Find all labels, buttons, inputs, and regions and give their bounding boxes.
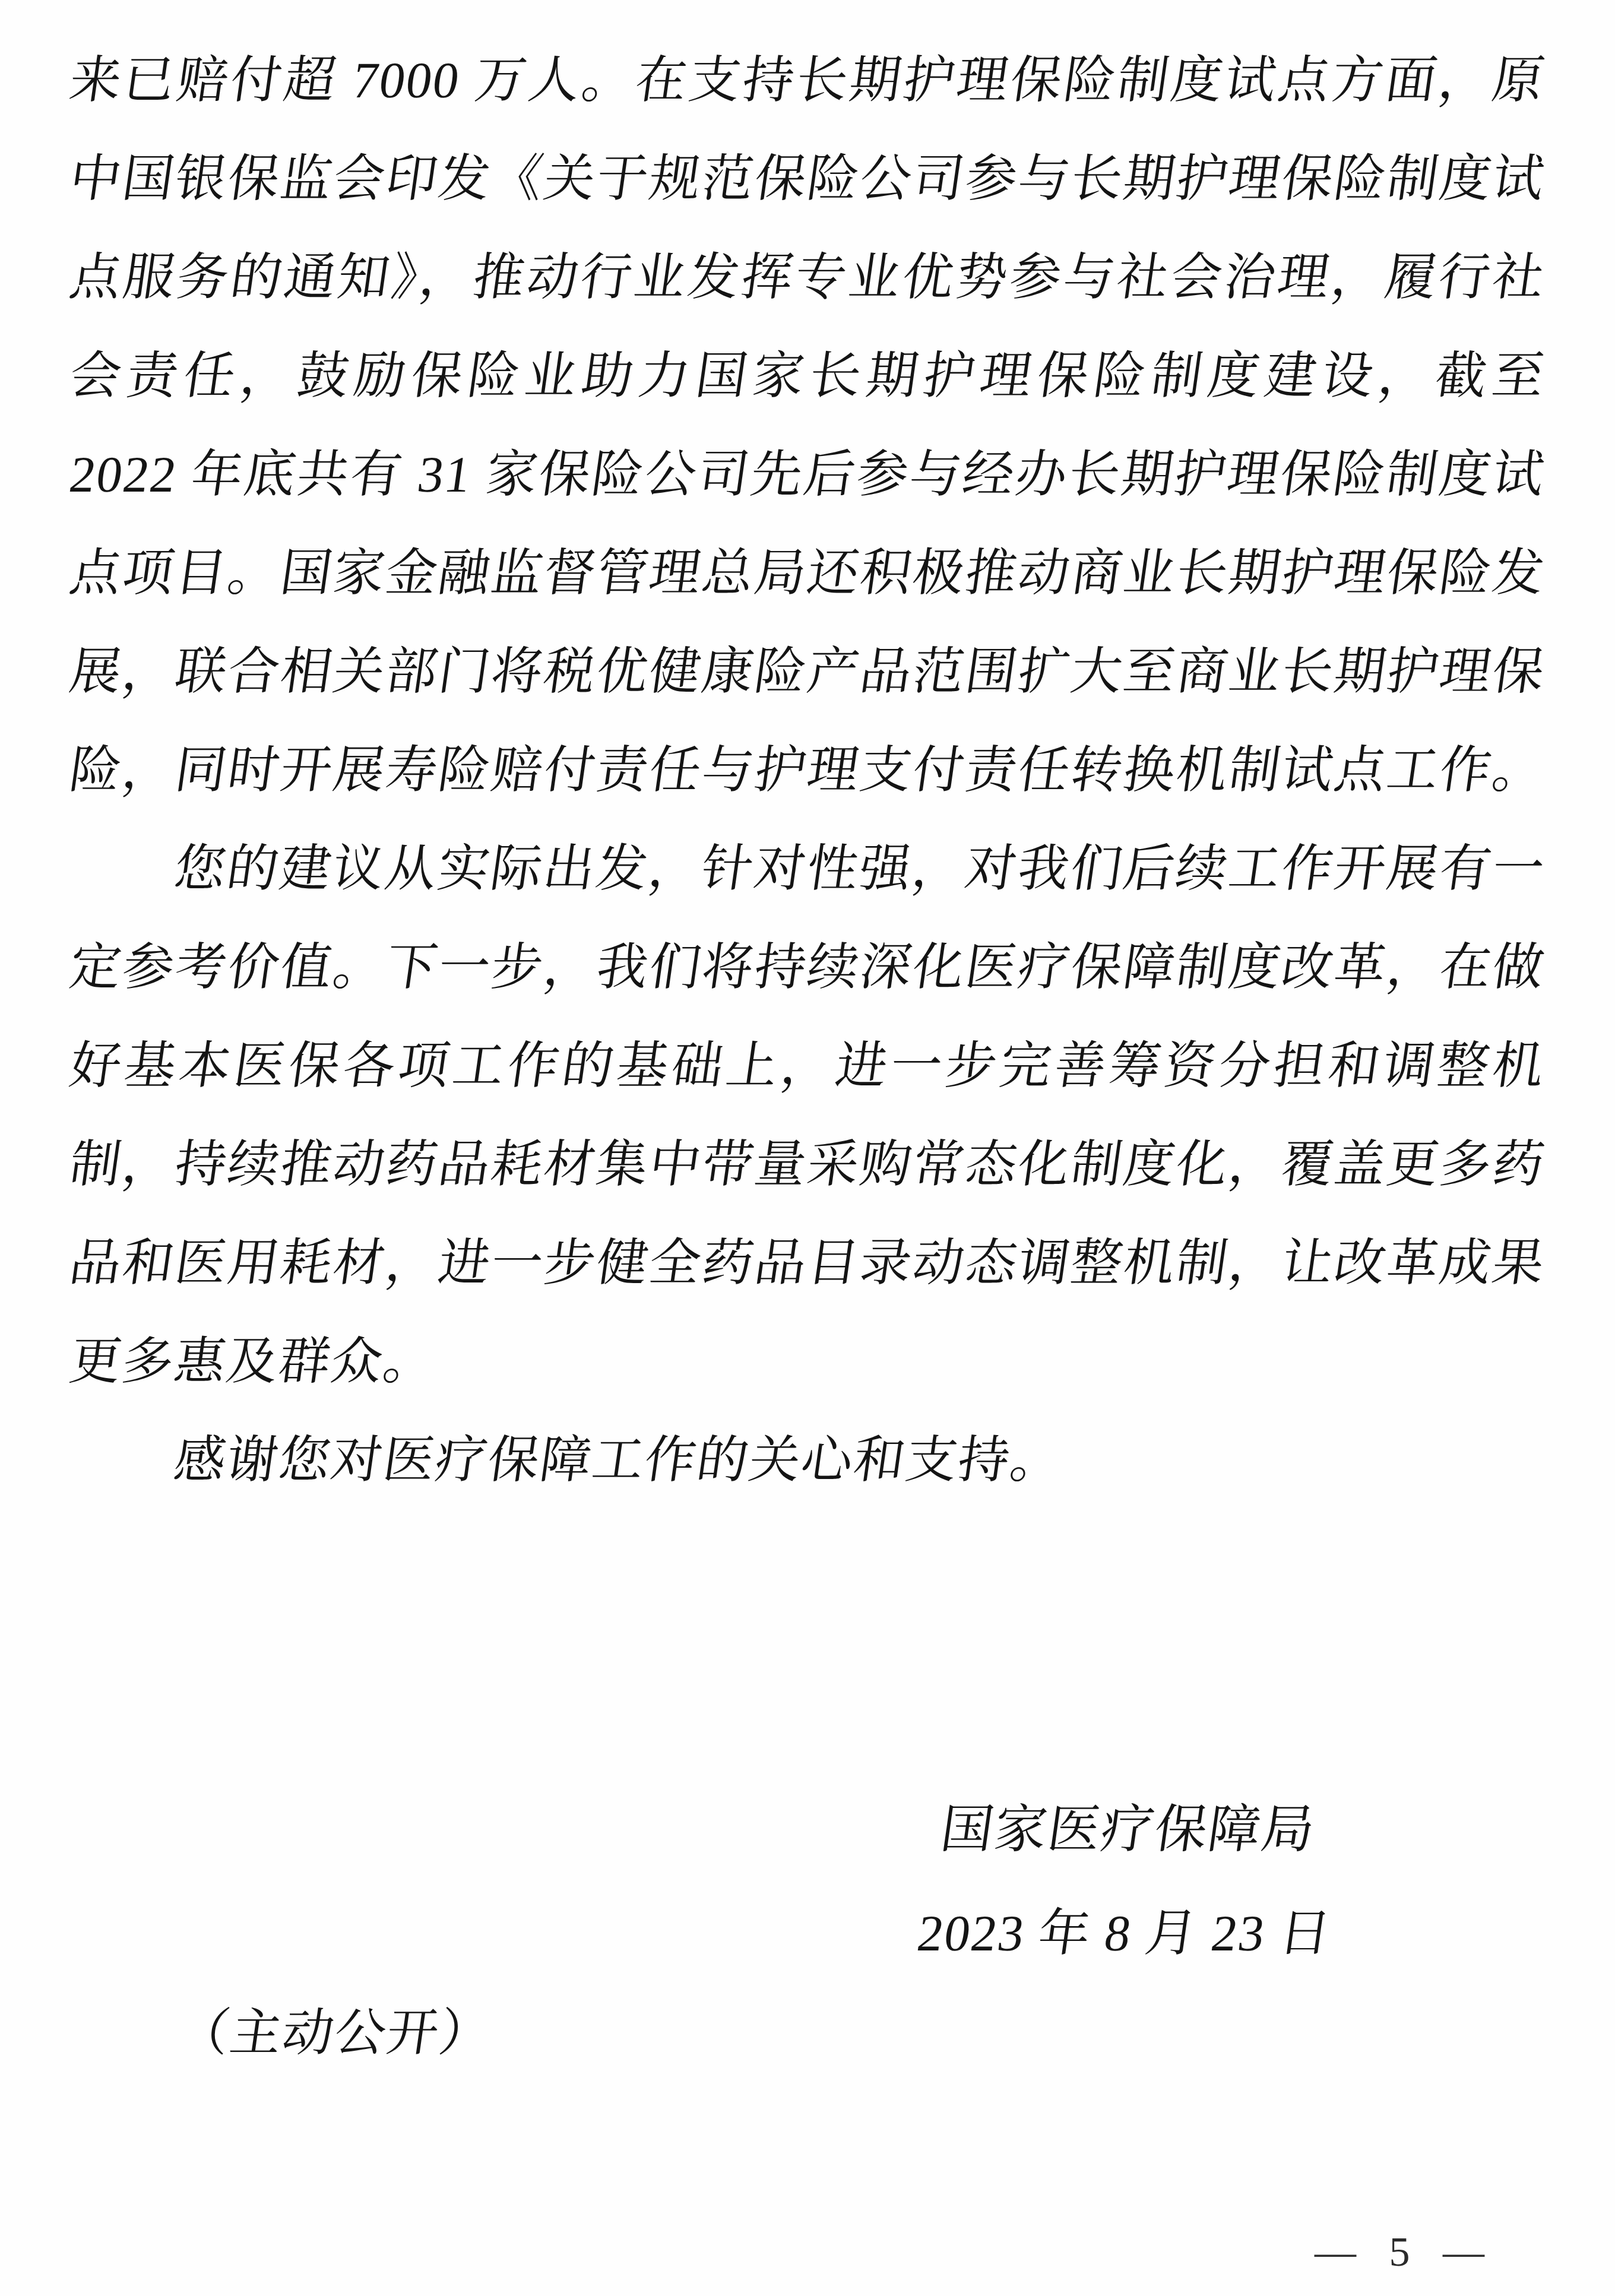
text-line: 您的建议从实际出发，针对性强，对我们后续工作开展有一	[63, 819, 1551, 918]
document-page: 来已赔付超 7000 万人。在支持长期护理保险制度试点方面，原中国银保监会印发《…	[0, 0, 1615, 2296]
text-line: 展，联合相关部门将税优健康险产品范围扩大至商业长期护理保	[63, 622, 1551, 721]
text-line: 感谢您对医疗保障工作的关心和支持。	[63, 1411, 1551, 1509]
text-line: 2022 年底共有 31 家保险公司先后参与经办长期护理保险制度试	[63, 425, 1551, 524]
text-line: 更多惠及群众。	[63, 1312, 1551, 1411]
text-line: 来已赔付超 7000 万人。在支持长期护理保险制度试点方面，原	[63, 31, 1551, 129]
text-line: 点服务的通知》，推动行业发挥专业优势参与社会治理，履行社	[63, 228, 1551, 327]
text-line: 会责任，鼓励保险业助力国家长期护理保险制度建设，截至	[63, 327, 1551, 425]
text-line: 品和医用耗材，进一步健全药品目录动态调整机制，让改革成果	[63, 1214, 1551, 1312]
text-line: 点项目。国家金融监督管理总局还积极推动商业长期护理保险发	[63, 524, 1551, 622]
letter-body: 来已赔付超 7000 万人。在支持长期护理保险制度试点方面，原中国银保监会印发《…	[70, 31, 1545, 1509]
page-number: — 5 —	[1315, 2205, 1487, 2296]
signature-date: 2023 年 8 月 23 日	[911, 1884, 1338, 1983]
disclosure-note: （主动公开）	[171, 1984, 498, 2082]
text-line: 中国银保监会印发《关于规范保险公司参与长期护理保险制度试	[63, 129, 1551, 228]
text-line: 好基本医保各项工作的基础上，进一步完善筹资分担和调整机	[63, 1016, 1551, 1115]
text-line: 险，同时开展寿险赔付责任与护理支付责任转换机制试点工作。	[63, 721, 1551, 819]
text-line: 制，持续推动药品耗材集中带量采购常态化制度化，覆盖更多药	[63, 1115, 1551, 1214]
signature-org: 国家医疗保障局	[934, 1781, 1322, 1880]
text-line: 定参考价值。下一步，我们将持续深化医疗保障制度改革，在做	[63, 918, 1551, 1016]
